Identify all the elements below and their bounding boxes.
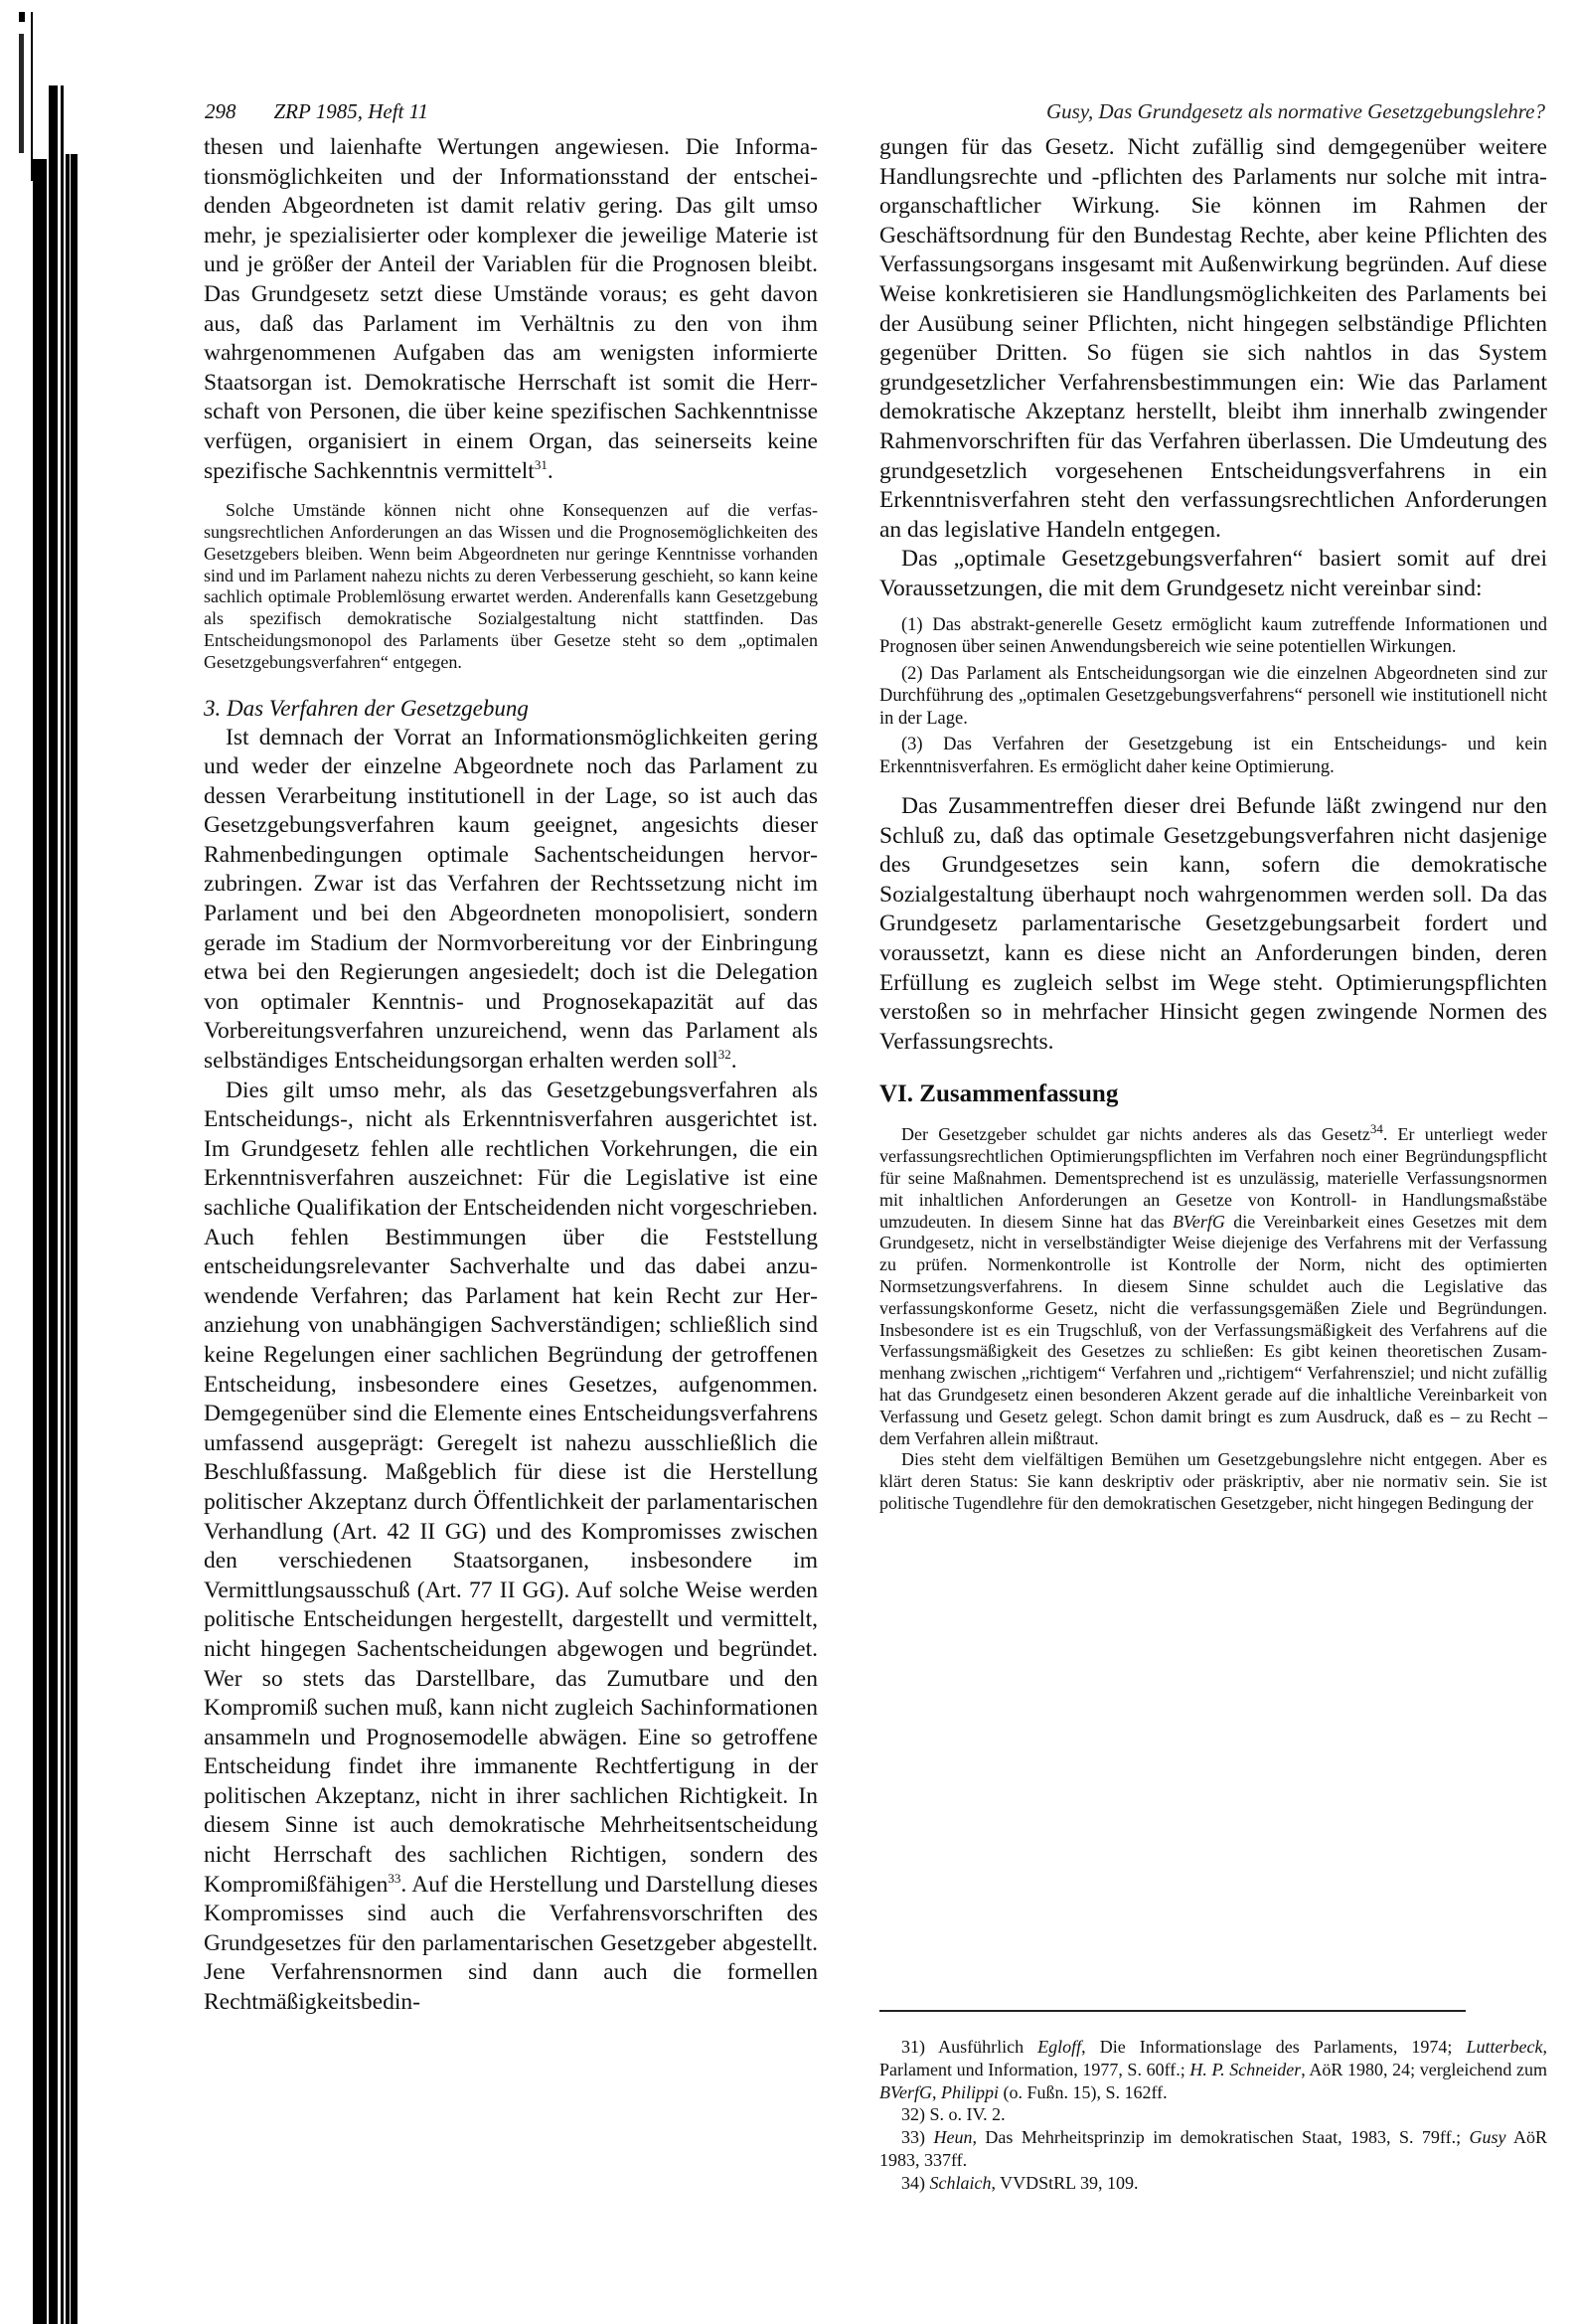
footnote-32: 32) S. o. IV. 2. — [879, 2103, 1547, 2126]
paragraph: Dies gilt umso mehr, als das Gesetzgebun… — [204, 1077, 818, 2018]
paragraph: gungen für das Gesetz. Nicht zufällig si… — [879, 133, 1547, 545]
running-title: Gusy, Das Grundgesetz als normative Gese… — [1046, 99, 1545, 124]
list-item: (3) Das Verfahren der Gesetzgebung ist e… — [879, 734, 1547, 778]
paragraph: Das „optimale Gesetzgebungsverfahren“ ba… — [879, 545, 1547, 603]
footnote-31: 31) Ausführlich Egloff, Die Informations… — [879, 2036, 1547, 2103]
section-heading: VI. Zusammenfassung — [879, 1079, 1547, 1110]
paragraph: thesen und laienhafte Wertungen angewies… — [204, 133, 818, 486]
small-print-paragraph: Dies steht dem vielfältigen Bemühen um G… — [879, 1449, 1547, 1514]
scan-margin-artifacts — [0, 0, 89, 2324]
paragraph: Das Zusammentreffen dieser drei Befunde … — [879, 792, 1547, 1057]
list-item: (1) Das abstrakt-generelle Gesetz ermögl… — [879, 614, 1547, 659]
small-print-paragraph: Solche Umstände können nicht ohne Konseq… — [204, 500, 818, 673]
right-column: gungen für das Gesetz. Nicht zufällig si… — [879, 133, 1547, 1515]
footnote-ref-32[interactable]: 32 — [718, 1047, 731, 1062]
small-print-paragraph: Der Gesetzgeber schuldet gar nichts ande… — [879, 1124, 1547, 1449]
left-column: thesen und laienhafte Wertungen angewies… — [204, 133, 818, 2018]
footnote-33: 33) Heun, Das Mehrheitsprinzip im demokr… — [879, 2126, 1547, 2172]
numbered-list: (1) Das abstrakt-generelle Gesetz ermögl… — [879, 614, 1547, 779]
page-number: 298 — [205, 99, 237, 123]
subheading: 3. Das Verfahren der Gesetzgebung — [204, 694, 818, 724]
footnote-ref-31[interactable]: 31 — [535, 457, 548, 472]
list-item: (2) Das Parlament als Entscheidungsorgan… — [879, 663, 1547, 731]
footnotes: 31) Ausführlich Egloff, Die Informations… — [879, 2036, 1547, 2195]
journal-issue: ZRP 1985, Heft 11 — [274, 99, 429, 123]
page-header-left: 298ZRP 1985, Heft 11 — [205, 99, 428, 124]
footnote-34: 34) Schlaich, VVDStRL 39, 109. — [879, 2172, 1547, 2195]
court-name: BVerfG — [1173, 1212, 1225, 1232]
footnote-ref-34[interactable]: 34 — [1370, 1121, 1383, 1136]
paragraph: Ist demnach der Vorrat an Informationsmö… — [204, 724, 818, 1077]
footnote-divider — [879, 2010, 1466, 2012]
footnote-ref-33[interactable]: 33 — [388, 1871, 400, 1886]
